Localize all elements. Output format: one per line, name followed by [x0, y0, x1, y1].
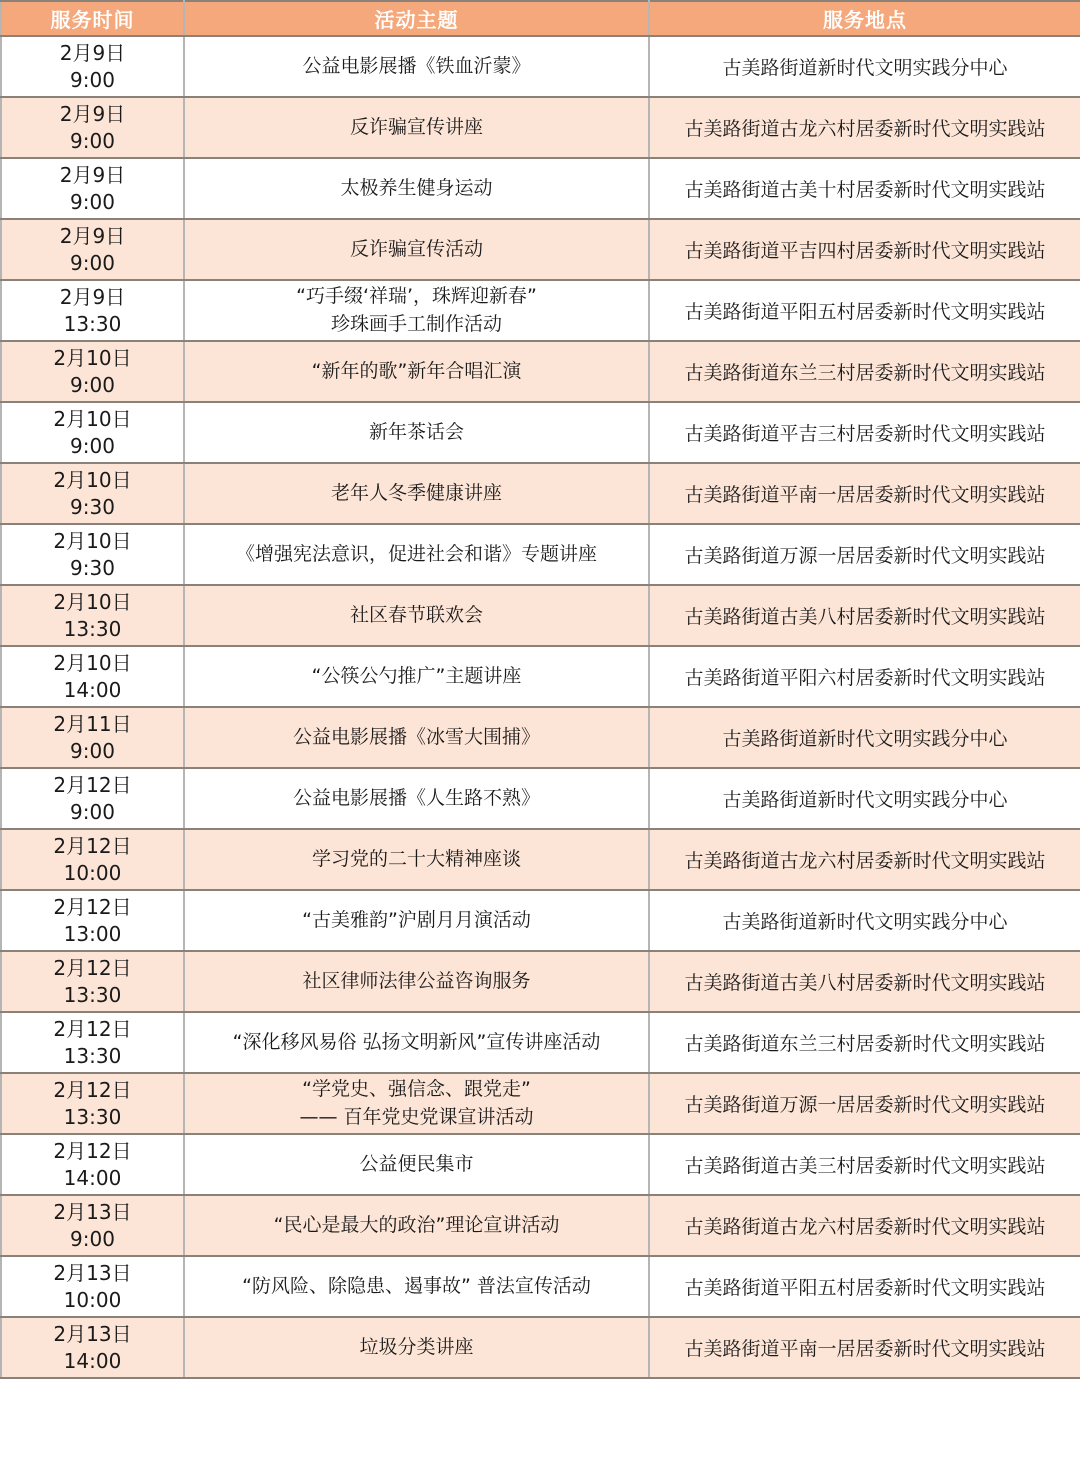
service-time: 9:00	[8, 433, 177, 460]
service-date: 2月10日	[8, 650, 177, 677]
activity-theme-line1: 公益电影展播《冰雪大围捕》	[191, 724, 642, 752]
service-time: 9:00	[8, 372, 177, 399]
activity-theme-line2: —— 百年党史党课宣讲活动	[191, 1104, 642, 1132]
service-location-cell: 古美路街道平阳六村居委新时代文明实践站	[649, 646, 1080, 707]
activity-theme-line1: 社区律师法律公益咨询服务	[191, 968, 642, 996]
service-location-cell: 古美路街道平南一居居委新时代文明实践站	[649, 1317, 1080, 1378]
activity-theme-line1: “民心是最大的政治”理论宣讲活动	[191, 1212, 642, 1240]
service-time: 9:30	[8, 494, 177, 521]
activity-theme-line1: 公益便民集市	[191, 1151, 642, 1179]
service-date: 2月12日	[8, 833, 177, 860]
activity-theme-cell: 反诈骗宣传活动	[184, 219, 649, 280]
service-time-cell: 2月12日 13:00	[1, 890, 184, 951]
activity-theme-cell: 《增强宪法意识，促进社会和谐》专题讲座	[184, 524, 649, 585]
activity-theme-cell: 公益便民集市	[184, 1134, 649, 1195]
service-time-cell: 2月9日 9:00	[1, 97, 184, 158]
service-time-cell: 2月10日 9:00	[1, 402, 184, 463]
service-location-cell: 古美路街道新时代文明实践分中心	[649, 707, 1080, 768]
header-service-time: 服务时间	[1, 1, 184, 36]
service-time: 13:00	[8, 921, 177, 948]
activity-theme-cell: “古美雅韵”沪剧月月演活动	[184, 890, 649, 951]
service-location-cell: 古美路街道万源一居居委新时代文明实践站	[649, 1073, 1080, 1134]
table-row: 2月11日 9:00 公益电影展播《冰雪大围捕》 古美路街道新时代文明实践分中心	[1, 707, 1080, 768]
service-date: 2月12日	[8, 1077, 177, 1104]
service-time-cell: 2月13日 10:00	[1, 1256, 184, 1317]
service-time: 14:00	[8, 677, 177, 704]
service-time-cell: 2月9日 9:00	[1, 219, 184, 280]
activity-theme-line1: 老年人冬季健康讲座	[191, 480, 642, 508]
table-body: 2月9日 9:00 公益电影展播《铁血沂蒙》 古美路街道新时代文明实践分中心 2…	[1, 36, 1080, 1378]
service-time: 9:00	[8, 128, 177, 155]
service-time-cell: 2月10日 9:30	[1, 463, 184, 524]
service-time: 13:30	[8, 982, 177, 1009]
activity-theme-line1: 《增强宪法意识，促进社会和谐》专题讲座	[191, 541, 642, 569]
table-row: 2月12日 13:00 “古美雅韵”沪剧月月演活动 古美路街道新时代文明实践分中…	[1, 890, 1080, 951]
table-row: 2月10日 14:00 “公筷公勺推广”主题讲座 古美路街道平阳六村居委新时代文…	[1, 646, 1080, 707]
table-row: 2月10日 9:30 老年人冬季健康讲座 古美路街道平南一居居委新时代文明实践站	[1, 463, 1080, 524]
service-date: 2月12日	[8, 772, 177, 799]
activity-theme-cell: 新年茶话会	[184, 402, 649, 463]
activity-theme-cell: 公益电影展播《冰雪大围捕》	[184, 707, 649, 768]
activity-theme-line1: 新年茶话会	[191, 419, 642, 447]
table-row: 2月13日 10:00 “防风险、除隐患、遏事故” 普法宣传活动 古美路街道平阳…	[1, 1256, 1080, 1317]
activity-theme-line1: 公益电影展播《人生路不熟》	[191, 785, 642, 813]
table-row: 2月13日 9:00 “民心是最大的政治”理论宣讲活动 古美路街道古龙六村居委新…	[1, 1195, 1080, 1256]
service-date: 2月12日	[8, 955, 177, 982]
activity-theme-line2: 珍珠画手工制作活动	[191, 311, 642, 339]
service-date: 2月10日	[8, 467, 177, 494]
service-time: 9:00	[8, 67, 177, 94]
table-row: 2月10日 9:00 新年茶话会 古美路街道平吉三村居委新时代文明实践站	[1, 402, 1080, 463]
table-row: 2月9日 9:00 太极养生健身运动 古美路街道古美十村居委新时代文明实践站	[1, 158, 1080, 219]
service-date: 2月12日	[8, 894, 177, 921]
activity-theme-cell: “防风险、除隐患、遏事故” 普法宣传活动	[184, 1256, 649, 1317]
activity-theme-cell: 垃圾分类讲座	[184, 1317, 649, 1378]
service-location-cell: 古美路街道平阳五村居委新时代文明实践站	[649, 1256, 1080, 1317]
service-time-cell: 2月13日 14:00	[1, 1317, 184, 1378]
service-time: 10:00	[8, 860, 177, 887]
activity-theme-line1: 太极养生健身运动	[191, 175, 642, 203]
service-time-cell: 2月9日 9:00	[1, 158, 184, 219]
service-time: 13:30	[8, 1104, 177, 1131]
activity-theme-line1: “公筷公勺推广”主题讲座	[191, 663, 642, 691]
service-location-cell: 古美路街道古美三村居委新时代文明实践站	[649, 1134, 1080, 1195]
service-time: 9:00	[8, 189, 177, 216]
service-location-cell: 古美路街道东兰三村居委新时代文明实践站	[649, 341, 1080, 402]
table-header-row: 服务时间 活动主题 服务地点	[1, 1, 1080, 36]
table-row: 2月12日 13:30 社区律师法律公益咨询服务 古美路街道古美八村居委新时代文…	[1, 951, 1080, 1012]
service-time-cell: 2月10日 13:30	[1, 585, 184, 646]
table-row: 2月12日 10:00 学习党的二十大精神座谈 古美路街道古龙六村居委新时代文明…	[1, 829, 1080, 890]
table-row: 2月10日 13:30 社区春节联欢会 古美路街道古美八村居委新时代文明实践站	[1, 585, 1080, 646]
service-time-cell: 2月9日 13:30	[1, 280, 184, 341]
service-location-cell: 古美路街道新时代文明实践分中心	[649, 890, 1080, 951]
service-date: 2月10日	[8, 528, 177, 555]
service-time-cell: 2月12日 9:00	[1, 768, 184, 829]
service-location-cell: 古美路街道古美八村居委新时代文明实践站	[649, 951, 1080, 1012]
table-row: 2月13日 14:00 垃圾分类讲座 古美路街道平南一居居委新时代文明实践站	[1, 1317, 1080, 1378]
service-location-cell: 古美路街道平阳五村居委新时代文明实践站	[649, 280, 1080, 341]
service-date: 2月9日	[8, 40, 177, 67]
activity-theme-cell: 反诈骗宣传讲座	[184, 97, 649, 158]
service-time-cell: 2月10日 9:30	[1, 524, 184, 585]
table-row: 2月9日 9:00 反诈骗宣传讲座 古美路街道古龙六村居委新时代文明实践站	[1, 97, 1080, 158]
table-row: 2月12日 13:30 “学党史、强信念、跟党走” —— 百年党史党课宣讲活动 …	[1, 1073, 1080, 1134]
activity-theme-cell: 学习党的二十大精神座谈	[184, 829, 649, 890]
service-date: 2月11日	[8, 711, 177, 738]
service-location-cell: 古美路街道古美八村居委新时代文明实践站	[649, 585, 1080, 646]
service-time: 13:30	[8, 311, 177, 338]
service-location-cell: 古美路街道古龙六村居委新时代文明实践站	[649, 1195, 1080, 1256]
service-time-cell: 2月11日 9:00	[1, 707, 184, 768]
service-time-cell: 2月10日 14:00	[1, 646, 184, 707]
service-date: 2月10日	[8, 345, 177, 372]
table-row: 2月12日 14:00 公益便民集市 古美路街道古美三村居委新时代文明实践站	[1, 1134, 1080, 1195]
service-time-cell: 2月12日 14:00	[1, 1134, 184, 1195]
service-location-cell: 古美路街道古龙六村居委新时代文明实践站	[649, 97, 1080, 158]
service-time: 9:30	[8, 555, 177, 582]
service-location-cell: 古美路街道新时代文明实践分中心	[649, 768, 1080, 829]
activity-theme-cell: 太极养生健身运动	[184, 158, 649, 219]
service-time-cell: 2月10日 9:00	[1, 341, 184, 402]
activity-theme-line1: “新年的歌”新年合唱汇演	[191, 358, 642, 386]
service-date: 2月12日	[8, 1138, 177, 1165]
activity-theme-cell: “深化移风易俗 弘扬文明新风”宣传讲座活动	[184, 1012, 649, 1073]
service-date: 2月9日	[8, 162, 177, 189]
service-date: 2月9日	[8, 284, 177, 311]
service-date: 2月9日	[8, 101, 177, 128]
activity-theme-line1: “深化移风易俗 弘扬文明新风”宣传讲座活动	[191, 1029, 642, 1057]
activity-theme-cell: 社区春节联欢会	[184, 585, 649, 646]
service-location-cell: 古美路街道万源一居居委新时代文明实践站	[649, 524, 1080, 585]
service-time: 9:00	[8, 250, 177, 277]
service-location-cell: 古美路街道平南一居居委新时代文明实践站	[649, 463, 1080, 524]
activity-theme-cell: “巧手缀‘祥瑞’，珠辉迎新春” 珍珠画手工制作活动	[184, 280, 649, 341]
service-location-cell: 古美路街道古美十村居委新时代文明实践站	[649, 158, 1080, 219]
table-row: 2月9日 13:30 “巧手缀‘祥瑞’，珠辉迎新春” 珍珠画手工制作活动 古美路…	[1, 280, 1080, 341]
service-location-cell: 古美路街道平吉三村居委新时代文明实践站	[649, 402, 1080, 463]
activity-theme-cell: “学党史、强信念、跟党走” —— 百年党史党课宣讲活动	[184, 1073, 649, 1134]
header-activity-theme: 活动主题	[184, 1, 649, 36]
service-date: 2月9日	[8, 223, 177, 250]
activity-theme-line1: 反诈骗宣传讲座	[191, 114, 642, 142]
service-location-cell: 古美路街道平吉四村居委新时代文明实践站	[649, 219, 1080, 280]
service-time-cell: 2月12日 13:30	[1, 1012, 184, 1073]
service-time: 9:00	[8, 799, 177, 826]
activity-theme-line1: “巧手缀‘祥瑞’，珠辉迎新春”	[191, 283, 642, 311]
activity-theme-line1: “古美雅韵”沪剧月月演活动	[191, 907, 642, 935]
service-time: 13:30	[8, 616, 177, 643]
service-time: 10:00	[8, 1287, 177, 1314]
table-row: 2月12日 9:00 公益电影展播《人生路不熟》 古美路街道新时代文明实践分中心	[1, 768, 1080, 829]
service-time-cell: 2月13日 9:00	[1, 1195, 184, 1256]
service-location-cell: 古美路街道东兰三村居委新时代文明实践站	[649, 1012, 1080, 1073]
service-date: 2月12日	[8, 1016, 177, 1043]
service-location-cell: 古美路街道新时代文明实践分中心	[649, 36, 1080, 97]
service-time: 14:00	[8, 1165, 177, 1192]
service-time: 13:30	[8, 1043, 177, 1070]
service-time: 9:00	[8, 738, 177, 765]
activity-theme-cell: 老年人冬季健康讲座	[184, 463, 649, 524]
service-date: 2月10日	[8, 589, 177, 616]
activity-theme-cell: “新年的歌”新年合唱汇演	[184, 341, 649, 402]
activity-theme-cell: 社区律师法律公益咨询服务	[184, 951, 649, 1012]
service-date: 2月10日	[8, 406, 177, 433]
service-time-cell: 2月12日 10:00	[1, 829, 184, 890]
activity-theme-cell: 公益电影展播《铁血沂蒙》	[184, 36, 649, 97]
service-location-cell: 古美路街道古龙六村居委新时代文明实践站	[649, 829, 1080, 890]
table-row: 2月9日 9:00 公益电影展播《铁血沂蒙》 古美路街道新时代文明实践分中心	[1, 36, 1080, 97]
activity-theme-line1: 学习党的二十大精神座谈	[191, 846, 642, 874]
activity-theme-line1: 反诈骗宣传活动	[191, 236, 642, 264]
activity-theme-line1: 社区春节联欢会	[191, 602, 642, 630]
service-time-cell: 2月12日 13:30	[1, 951, 184, 1012]
activity-theme-cell: “公筷公勺推广”主题讲座	[184, 646, 649, 707]
service-time-cell: 2月12日 13:30	[1, 1073, 184, 1134]
activity-theme-line1: “学党史、强信念、跟党走”	[191, 1076, 642, 1104]
activity-theme-cell: 公益电影展播《人生路不熟》	[184, 768, 649, 829]
service-time: 9:00	[8, 1226, 177, 1253]
table-row: 2月12日 13:30 “深化移风易俗 弘扬文明新风”宣传讲座活动 古美路街道东…	[1, 1012, 1080, 1073]
table-row: 2月10日 9:00 “新年的歌”新年合唱汇演 古美路街道东兰三村居委新时代文明…	[1, 341, 1080, 402]
service-schedule-table: 服务时间 活动主题 服务地点 2月9日 9:00 公益电影展播《铁血沂蒙》 古美…	[0, 0, 1080, 1379]
activity-theme-line1: 公益电影展播《铁血沂蒙》	[191, 53, 642, 81]
table-row: 2月10日 9:30 《增强宪法意识，促进社会和谐》专题讲座 古美路街道万源一居…	[1, 524, 1080, 585]
activity-theme-cell: “民心是最大的政治”理论宣讲活动	[184, 1195, 649, 1256]
table-row: 2月9日 9:00 反诈骗宣传活动 古美路街道平吉四村居委新时代文明实践站	[1, 219, 1080, 280]
header-service-location: 服务地点	[649, 1, 1080, 36]
service-date: 2月13日	[8, 1199, 177, 1226]
service-time: 14:00	[8, 1348, 177, 1375]
service-time-cell: 2月9日 9:00	[1, 36, 184, 97]
service-date: 2月13日	[8, 1321, 177, 1348]
service-date: 2月13日	[8, 1260, 177, 1287]
activity-theme-line1: 垃圾分类讲座	[191, 1334, 642, 1362]
activity-theme-line1: “防风险、除隐患、遏事故” 普法宣传活动	[191, 1273, 642, 1301]
